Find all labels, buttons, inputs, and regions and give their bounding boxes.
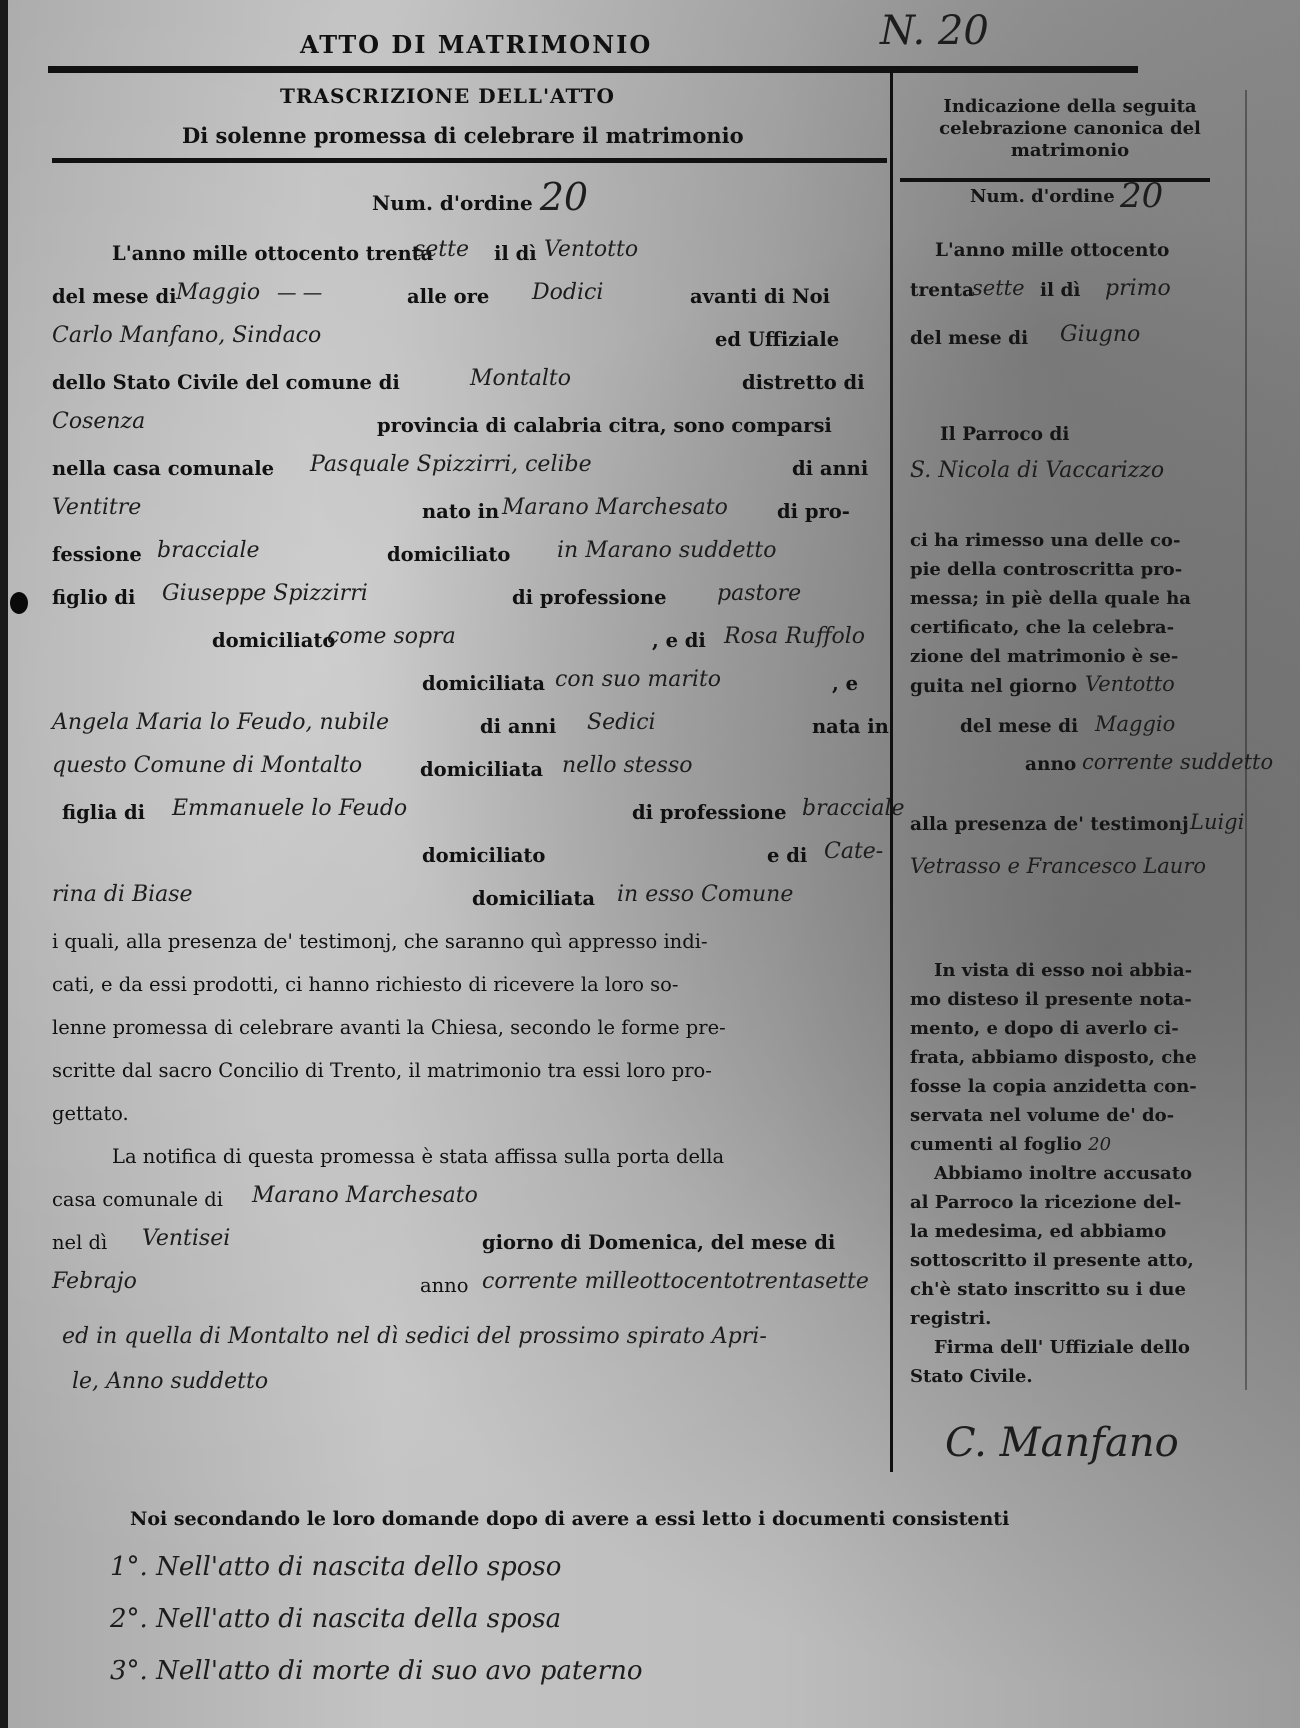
printed-text: mento, e dopo di averlo ci-	[910, 1014, 1230, 1043]
binding-hole	[10, 592, 28, 614]
document-header-title: ATTO DI MATRIMONIO	[300, 30, 652, 59]
line-16: rina di Biase domiciliata in esso Comune	[52, 877, 882, 920]
side-title-rule	[900, 178, 1210, 182]
handwritten-text: bracciale	[802, 787, 905, 830]
order-number: Num. d'ordine 20	[372, 175, 588, 219]
handwritten-text: 20	[1088, 1134, 1111, 1155]
line-14: figlia di Emmanuele lo Feudo di professi…	[52, 791, 882, 834]
printed-text: fosse la copia anzidetta con-	[910, 1072, 1230, 1101]
handwritten-text: Cosenza	[52, 400, 145, 443]
printed-text: frata, abbiamo disposto, che	[910, 1043, 1230, 1072]
side-certificate-text: ci ha rimesso una delle co- pie della co…	[910, 526, 1230, 671]
column-divider	[890, 72, 893, 1472]
printed-text: provincia di calabria citra, sono compar…	[377, 404, 832, 447]
printed-text: In vista di esso noi abbia-	[910, 956, 1230, 985]
handwritten-text: le, Anno suddetto	[72, 1360, 268, 1403]
printed-text: Il Parroco di	[940, 424, 1069, 445]
handwritten-text: corrente suddetto	[1082, 750, 1273, 774]
printed-text: ch'è stato inscritto su i due	[910, 1275, 1230, 1304]
side-order-label: Num. d'ordine	[970, 186, 1115, 207]
handwritten-text: S. Nicola di Vaccarizzo	[910, 458, 1230, 483]
handwritten-text: nello stesso	[562, 744, 692, 787]
printed-text: Stato Civile.	[910, 1362, 1230, 1391]
printed-text: cumenti al foglio	[910, 1134, 1082, 1155]
right-border	[1245, 90, 1247, 1390]
printed-text: la medesima, ed abbiamo	[910, 1217, 1230, 1246]
printed-text: , e	[832, 662, 858, 705]
handwritten-text: Vetrasso e Francesco Lauro	[910, 854, 1206, 878]
handwritten-text: Pasquale Spizzirri, celibe	[310, 443, 592, 486]
printed-text: i quali, alla presenza de' testimonj, ch…	[52, 920, 708, 963]
folio-number-handwritten: N. 20	[880, 8, 989, 54]
documents-intro: Noi secondando le loro domande dopo di a…	[130, 1508, 1009, 1530]
printed-text: il dì	[494, 232, 537, 275]
paragraph-1-line: lenne promessa di celebrare avanti la Ch…	[52, 1006, 882, 1049]
printed-text: sottoscritto il presente atto,	[910, 1246, 1230, 1275]
printed-text: domiciliata	[420, 748, 543, 791]
handwritten-text: in Marano suddetto	[557, 529, 776, 572]
printed-text: nella casa comunale	[52, 447, 274, 490]
handwritten-text: in esso Comune	[617, 873, 793, 916]
printed-text: servata nel volume de' do-	[910, 1101, 1230, 1130]
printed-text: alla presenza de' testimonj	[910, 814, 1189, 835]
printed-text: messa; in piè della quale ha	[910, 584, 1230, 613]
printed-text: nel dì	[52, 1221, 107, 1264]
line-6: nella casa comunale Pasquale Spizzirri, …	[52, 447, 882, 490]
line-11: domiciliata con suo marito , e	[52, 662, 882, 705]
handwritten-text: Dodici	[532, 271, 603, 314]
printed-text: figlio di	[52, 576, 135, 619]
line-9: figlio di Giuseppe Spizzirri di professi…	[52, 576, 882, 619]
printed-text: gettato.	[52, 1092, 129, 1135]
handwritten-text: Montalto	[470, 357, 571, 400]
line-2: del mese di Maggio — — alle ore Dodici a…	[52, 275, 882, 318]
printed-text: di professione	[512, 576, 667, 619]
handwritten-text: Giugno	[1060, 322, 1140, 347]
paragraph-1-line: scritte dal sacro Concilio di Trento, il…	[52, 1049, 882, 1092]
handwritten-text: Giuseppe Spizzirri	[162, 572, 368, 615]
printed-text: il dì	[1040, 280, 1080, 301]
printed-text: domiciliato	[212, 619, 335, 662]
order-number-label: Num. d'ordine	[372, 191, 533, 215]
document-item: 3°. Nell'atto di morte di suo avo patern…	[110, 1656, 643, 1686]
printed-text: al Parroco la ricezione del-	[910, 1188, 1230, 1217]
page-edge	[0, 0, 8, 1728]
handwritten-text: con suo marito	[555, 658, 721, 701]
printed-text: del mese di	[52, 275, 177, 318]
side-closing-text: In vista di esso noi abbia- mo disteso i…	[910, 956, 1230, 1391]
side-order-value: 20	[1120, 176, 1163, 216]
printed-text: , e di	[652, 619, 706, 662]
document-page: ATTO DI MATRIMONIO N. 20 TRASCRIZIONE DE…	[0, 0, 1300, 1728]
paragraph-2-line-4: Febrajo anno corrente milleottocentotren…	[52, 1264, 882, 1307]
side-section: Indicazione della seguita celebrazione c…	[910, 96, 1230, 162]
handwritten-text: Rosa Ruffolo	[724, 615, 865, 658]
handwritten-text: come sopra	[327, 615, 456, 658]
side-section-title: Indicazione della seguita celebrazione c…	[910, 96, 1230, 162]
printed-text: Firma dell' Uffiziale dello	[910, 1333, 1230, 1362]
line-1: L'anno mille ottocento trenta sette il d…	[52, 232, 882, 275]
printed-text: di anni	[792, 447, 868, 490]
handwritten-text: Marano Marchesato	[502, 486, 728, 529]
handwritten-text: Ventisei	[142, 1217, 230, 1260]
printed-text: guita nel giorno	[910, 676, 1077, 697]
paragraph-2-line-1: La notifica di questa promessa è stata a…	[52, 1135, 882, 1178]
paragraph-2-line-2: casa comunale di Marano Marchesato	[52, 1178, 882, 1221]
printed-text: zione del matrimonio è se-	[910, 642, 1230, 671]
main-title-rule	[52, 158, 887, 163]
handwritten-text: Maggio	[1095, 712, 1175, 736]
handwritten-text: primo	[1105, 276, 1171, 301]
printed-text: anno	[1025, 754, 1076, 775]
handwritten-text: pastore	[717, 572, 801, 615]
printed-text: scritte dal sacro Concilio di Trento, il…	[52, 1049, 712, 1092]
main-body: L'anno mille ottocento trenta sette il d…	[52, 232, 882, 1405]
printed-text: trenta	[910, 280, 974, 301]
printed-text: lenne promessa di celebrare avanti la Ch…	[52, 1006, 726, 1049]
handwritten-text: ed in quella di Montalto nel dì sedici d…	[62, 1315, 767, 1358]
line-8: fessione bracciale domiciliato in Marano…	[52, 533, 882, 576]
handwritten-text: Febrajo	[52, 1260, 137, 1303]
printed-text: giorno di Domenica, del mese di	[482, 1221, 835, 1264]
paragraph-2-line-6: le, Anno suddetto	[52, 1362, 882, 1405]
printed-text: di anni	[480, 705, 556, 748]
handwritten-text: Sedici	[587, 701, 656, 744]
main-section-title: TRASCRIZIONE DELL'ATTO	[280, 84, 615, 108]
printed-text: del mese di	[910, 328, 1028, 349]
handwritten-text: bracciale	[157, 529, 260, 572]
printed-text: Abbiamo inoltre accusato	[910, 1159, 1230, 1188]
handwritten-text: sette	[972, 276, 1025, 300]
handwritten-text: corrente milleottocentotrentasette	[482, 1260, 869, 1303]
printed-text: domiciliata	[472, 877, 595, 920]
printed-text: casa comunale di	[52, 1178, 223, 1221]
printed-text: fessione	[52, 533, 142, 576]
main-section-subtitle: Di solenne promessa di celebrare il matr…	[182, 123, 744, 148]
printed-text: registri.	[910, 1304, 1230, 1333]
printed-text: domiciliata	[422, 662, 545, 705]
handwritten-text: Maggio	[176, 271, 260, 314]
printed-text: domiciliato	[387, 533, 510, 576]
printed-text: anno	[420, 1264, 468, 1307]
printed-text: del mese di	[960, 716, 1078, 737]
printed-text: avanti di Noi	[690, 275, 830, 318]
folio-line: cumenti al foglio 20	[910, 1130, 1230, 1159]
handwritten-text: Cate-	[824, 830, 883, 873]
line-3: Carlo Manfano, Sindaco ed Uffiziale	[52, 318, 882, 361]
paragraph-2-line-3: nel dì Ventisei giorno di Domenica, del …	[52, 1221, 882, 1264]
handwritten-text: Angela Maria lo Feudo, nubile	[52, 701, 389, 744]
printed-text: cati, e da essi prodotti, ci hanno richi…	[52, 963, 679, 1006]
printed-text: mo disteso il presente nota-	[910, 985, 1230, 1014]
handwritten-text: Marano Marchesato	[252, 1174, 478, 1217]
officer-signature: C. Manfano	[945, 1420, 1179, 1466]
printed-text: pie della controscritta pro-	[910, 555, 1230, 584]
document-item: 1°. Nell'atto di nascita dello sposo	[110, 1552, 561, 1582]
printed-text: La notifica di questa promessa è stata a…	[112, 1135, 724, 1178]
side-title-line: Indicazione della seguita	[910, 96, 1230, 118]
line-13: questo Comune di Montalto domiciliata ne…	[52, 748, 882, 791]
handwritten-text: Carlo Manfano, Sindaco	[52, 314, 321, 357]
handwritten-text: rina di Biase	[52, 873, 193, 916]
line-5: Cosenza provincia di calabria citra, son…	[52, 404, 882, 447]
handwritten-text: Ventotto	[1085, 672, 1175, 696]
line-15: domiciliato e di Cate-	[52, 834, 882, 877]
side-title-line: matrimonio	[910, 140, 1230, 162]
document-item: 2°. Nell'atto di nascita della sposa	[110, 1604, 561, 1634]
handwritten-text: sette	[414, 228, 469, 271]
printed-text: distretto di	[742, 361, 865, 404]
line-7: Ventitre nato in Marano Marchesato di pr…	[52, 490, 882, 533]
handwritten-text: Ventitre	[52, 486, 141, 529]
printed-text: alle ore	[407, 275, 489, 318]
line-10: domiciliato come sopra , e di Rosa Ruffo…	[52, 619, 882, 662]
paragraph-1-line: gettato.	[52, 1092, 882, 1135]
printed-text: certificato, che la celebra-	[910, 613, 1230, 642]
printed-text: dello Stato Civile del comune di	[52, 361, 400, 404]
paragraph-1-line: cati, e da essi prodotti, ci hanno richi…	[52, 963, 882, 1006]
handwritten-text: Luigi	[1190, 810, 1244, 834]
handwritten-text: questo Comune di Montalto	[52, 744, 362, 787]
printed-text: domiciliato	[422, 834, 545, 877]
printed-text: di pro-	[777, 490, 850, 533]
printed-text: di professione	[632, 791, 787, 834]
side-title-line: celebrazione canonica del	[910, 118, 1230, 140]
printed-text: L'anno mille ottocento	[935, 240, 1169, 261]
dash: — —	[277, 271, 322, 314]
printed-text: figlia di	[62, 791, 145, 834]
header-rule	[48, 66, 1138, 73]
handwritten-text: Emmanuele lo Feudo	[172, 787, 407, 830]
printed-text: nato in	[422, 490, 499, 533]
printed-text: nata in	[812, 705, 889, 748]
printed-text: ci ha rimesso una delle co-	[910, 526, 1230, 555]
order-number-value: 20	[540, 175, 588, 219]
line-12: Angela Maria lo Feudo, nubile di anni Se…	[52, 705, 882, 748]
paragraph-2-line-5: ed in quella di Montalto nel dì sedici d…	[52, 1307, 882, 1362]
paragraph-1-line: i quali, alla presenza de' testimonj, ch…	[52, 920, 882, 963]
printed-text: e di	[767, 834, 807, 877]
printed-text: ed Uffiziale	[715, 318, 839, 361]
printed-text: L'anno mille ottocento trenta	[112, 232, 433, 275]
line-4: dello Stato Civile del comune di Montalt…	[52, 361, 882, 404]
handwritten-text: Ventotto	[544, 228, 638, 271]
